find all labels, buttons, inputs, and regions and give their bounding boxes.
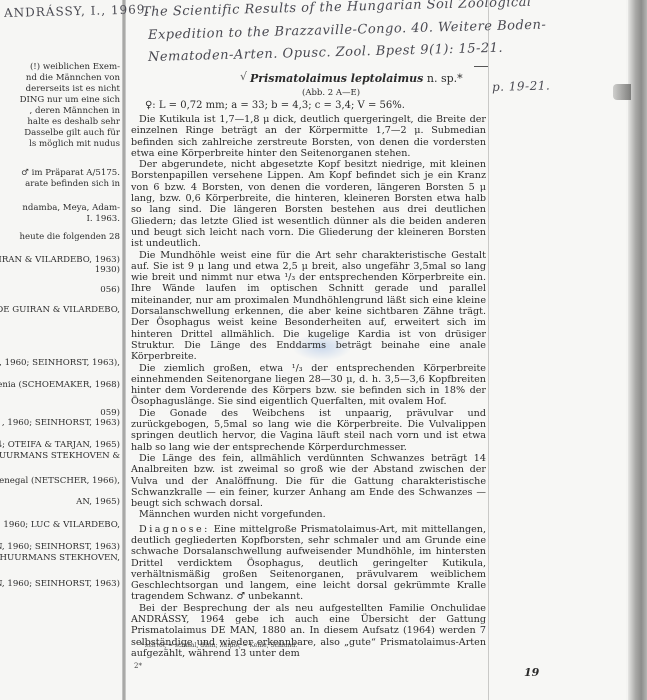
left-page-line: , deren Männchen in: [30, 106, 121, 117]
left-page-line: 1930): [95, 265, 120, 276]
left-page-line: AN, 1965): [76, 497, 120, 508]
handwritten-dash: [474, 66, 488, 67]
left-page-line: heute die folgenden 28: [19, 232, 120, 243]
left-page-line: 056): [100, 285, 120, 296]
left-page-line: DE GUIRAN & VILARDEBO,: [0, 305, 120, 316]
book-edge-shadow: [628, 0, 647, 700]
left-page-line: AN, 1960; SEINHORST, 1963): [0, 579, 120, 590]
left-page-line: Dasselbe gilt auch für: [24, 128, 120, 139]
footnote: * λεπτός = schmal, dünn; λαιμός = Kehle,…: [140, 642, 297, 649]
left-page-line: ♂ im Präparat A/5175.: [21, 168, 120, 179]
paragraph-maennchen: Männchen wurden nicht vorgefunden.: [131, 509, 486, 520]
paragraph-mundhoehle: Die Mundhöhle weist eine für die Art seh…: [131, 250, 486, 363]
paragraph-kutikula: Die Kutikula ist 1,7—1,8 μ dick, deutlic…: [131, 114, 486, 159]
paragraph-schwanz: Die Länge des fein, allmählich verdünnte…: [131, 453, 486, 509]
left-page-line: AN, 1960; LUC & VILARDEBO,: [0, 520, 120, 531]
left-page-line: AN, 1960; SEINHORST, 1963),: [0, 358, 120, 369]
paragraph-diagnosis: Diagnose: Eine mittelgroße Prismatolaimu…: [131, 524, 486, 603]
left-page-line: , 1960; SEINHORST, 1963): [2, 418, 120, 429]
signature-mark: 2*: [134, 662, 142, 670]
species-name: Prismatolaimus leptolaimus: [250, 72, 423, 85]
left-page-line: (!) weiblichen Exem-: [30, 62, 120, 73]
left-page-line: 64; OTEIFA & TARJAN, 1965): [0, 440, 120, 451]
species-title: Prismatolaimus leptolaimus n. sp.*: [250, 72, 463, 85]
figure-reference: (Abb. 2 A—E): [302, 88, 360, 98]
left-page-line: Kenia (SCHOEMAKER, 1968): [0, 380, 120, 391]
paragraph-seitenorgane: Die ziemlich großen, etwa ¹/₃ der entspr…: [131, 363, 486, 408]
handwritten-page-range: p. 19-21.: [492, 78, 551, 94]
left-page-line: arate befinden sich in: [25, 179, 120, 190]
left-page-line: DING nur um eine sich: [20, 95, 120, 106]
paragraph-kopf: Der abgerundete, nicht abgesetzte Kopf b…: [131, 159, 486, 249]
handwritten-check-mark-icon: √: [240, 70, 247, 83]
left-page-line: Senegal (NETSCHER, 1966),: [0, 476, 120, 487]
left-page: (!) weiblichen Exem-nd die Männchen vond…: [0, 0, 124, 700]
left-page-line: N, 1960; SEINHORST, 1963): [0, 542, 120, 553]
paragraph-closing: Bei der Besprechung der als neu aufgeste…: [131, 603, 486, 659]
left-page-line: (SCHUURMANS STEKHOVEN,: [0, 553, 120, 564]
measurements: ♀: L = 0,72 mm; a = 33; b = 4,3; c = 3,4…: [145, 100, 405, 111]
left-page-line: I. 1963.: [87, 214, 120, 225]
left-page-line: SCHUURMANS STEKHOVEN &: [0, 451, 120, 462]
diagnosis-text: Eine mittelgroße Prismatolaimus-Art, mit…: [131, 524, 486, 603]
diagnosis-label: Diagnose:: [139, 524, 210, 535]
species-suffix: n. sp.*: [423, 72, 462, 85]
article-body: Die Kutikula ist 1,7—1,8 μ dick, deutlic…: [131, 114, 486, 659]
fold-line: [488, 0, 489, 700]
left-page-line: nd die Männchen von: [26, 73, 120, 84]
left-page-line: halte es deshalb sehr: [27, 117, 120, 128]
page-tab-mark: [613, 84, 631, 100]
left-page-line: ls möglich mit nudus: [29, 139, 120, 150]
page-number: 19: [524, 666, 539, 679]
left-page-line: ndamba, Meya, Adam-: [22, 203, 120, 214]
left-page-line: dererseits ist es nicht: [26, 84, 120, 95]
paragraph-gonade: Die Gonade des Weibchens ist unpaarig, p…: [131, 408, 486, 453]
